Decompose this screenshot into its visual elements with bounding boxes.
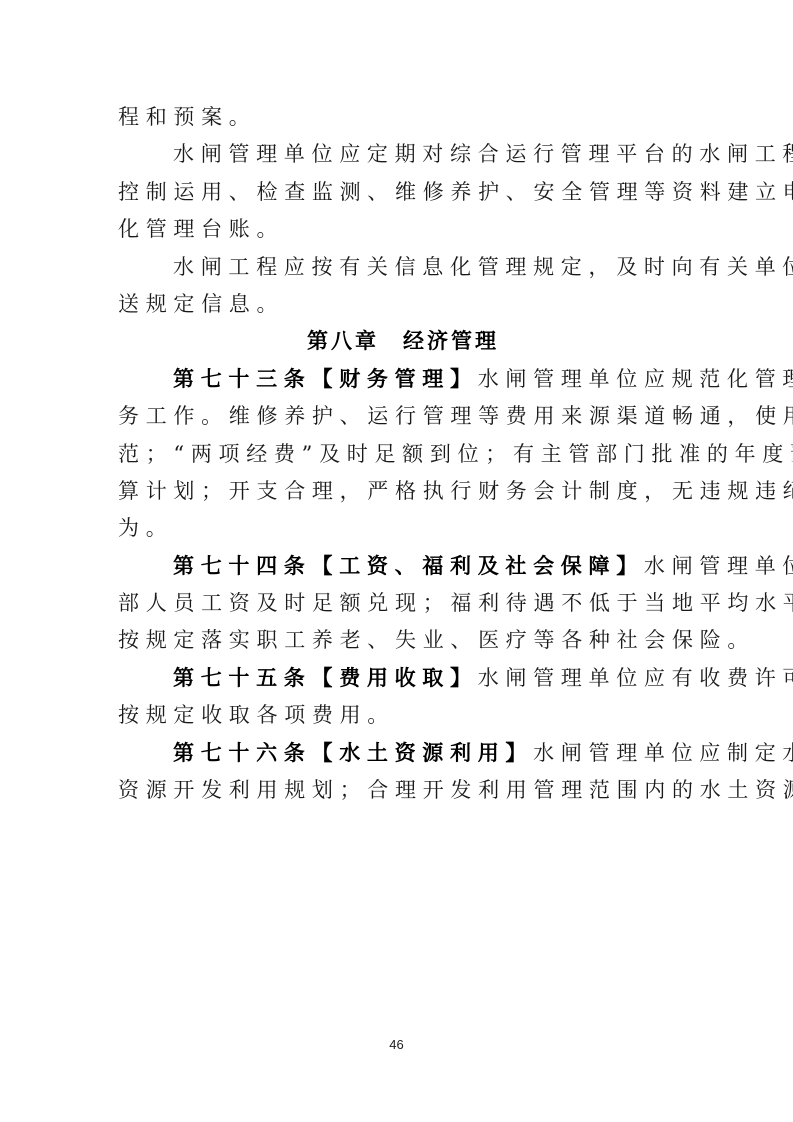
text-line: 按规定落实职工养老、失业、医疗等各种社会保险。 [118,622,678,659]
document-page: 程和预案。 水闸管理单位应定期对综合运行管理平台的水闸工程 控制运用、检查监测、… [118,99,678,809]
text-line: 送规定信息。 [118,286,678,323]
text-line: 范；“两项经费”及时足额到位；有主管部门批准的年度预 [118,436,678,473]
article-heading: 第七十五条【费用收取】 [173,666,478,690]
text-line: 部人员工资及时足额兑现；福利待遇不低于当地平均水平； [118,585,678,622]
text-line: 化管理台账。 [118,211,678,248]
text-line: 水闸管理单位应定期对综合运行管理平台的水闸工程 [118,136,678,173]
article-heading: 第七十四条【工资、福利及社会保障】 [173,554,644,578]
chapter-title: 第八章 经济管理 [118,323,678,360]
article-73-first-line: 第七十三条【财务管理】水闸管理单位应规范化管理财 [118,361,678,398]
text-line: 资源开发利用规划；合理开发利用管理范围内的水土资源。 [118,772,678,809]
page-number: 46 [0,1037,793,1052]
article-text: 水闸管理单位内 [644,554,793,578]
text-line: 务工作。维修养护、运行管理等费用来源渠道畅通，使用规 [118,398,678,435]
article-heading: 第七十三条【财务管理】 [173,367,478,391]
text-line: 为。 [118,510,678,547]
article-text: 水闸管理单位应制定水土 [533,741,793,765]
article-74-first-line: 第七十四条【工资、福利及社会保障】水闸管理单位内 [118,548,678,585]
article-text: 水闸管理单位应有收费许可证， [478,666,793,690]
text-line: 程和预案。 [118,99,678,136]
text-line: 算计划；开支合理，严格执行财务会计制度，无违规违纪行 [118,473,678,510]
text-line: 控制运用、检查监测、维修养护、安全管理等资料建立电子 [118,174,678,211]
article-76-first-line: 第七十六条【水土资源利用】水闸管理单位应制定水土 [118,735,678,772]
text-line: 按规定收取各项费用。 [118,697,678,734]
article-text: 水闸管理单位应规范化管理财 [478,367,793,391]
article-heading: 第七十六条【水土资源利用】 [173,741,533,765]
text-line: 水闸工程应按有关信息化管理规定，及时向有关单位报 [118,249,678,286]
article-75-first-line: 第七十五条【费用收取】水闸管理单位应有收费许可证， [118,660,678,697]
